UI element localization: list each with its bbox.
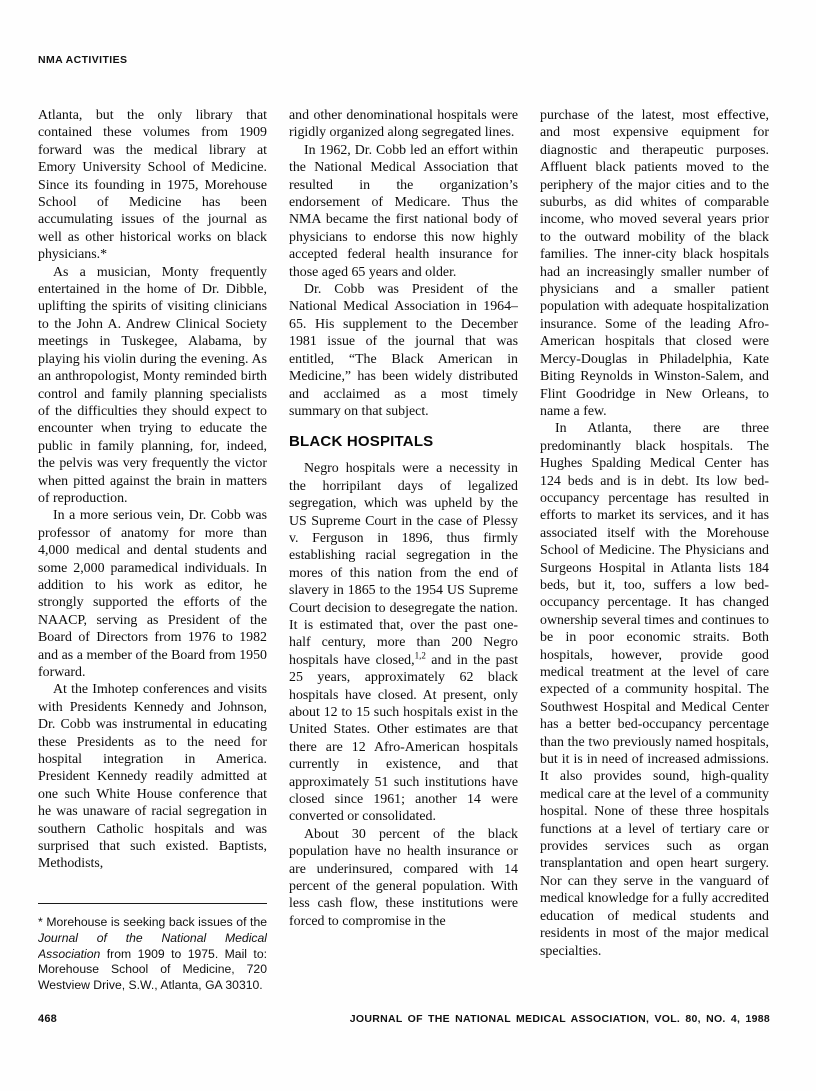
paragraph: In 1962, Dr. Cobb led an effort within t…: [289, 142, 518, 281]
footnote: * Morehouse is seeking back issues of th…: [38, 903, 267, 994]
column-1: Atlanta, but the only library that conta…: [38, 107, 267, 1000]
footnote-text-pre: * Morehouse is seeking back issues of th…: [38, 915, 267, 929]
paragraph-text-post: and in the past 25 years, approximately …: [289, 653, 518, 825]
section-heading-black-hospitals: BLACK HOSPITALS: [289, 433, 518, 450]
page-footer: 468 JOURNAL OF THE NATIONAL MEDICAL ASSO…: [38, 1013, 770, 1025]
paragraph: In a more serious vein, Dr. Cobb was pro…: [38, 507, 267, 681]
paragraph-text-pre: Negro hospitals were a necessity in the …: [289, 461, 518, 667]
footer-journal-line: JOURNAL OF THE NATIONAL MEDICAL ASSOCIAT…: [350, 1013, 770, 1025]
paragraph: About 30 percent of the black population…: [289, 826, 518, 930]
paragraph: As a musician, Monty frequently entertai…: [38, 264, 267, 508]
column-3: purchase of the latest, most effective, …: [540, 107, 769, 1000]
article-columns: Atlanta, but the only library that conta…: [38, 107, 770, 1000]
paragraph: and other denominational hospitals were …: [289, 107, 518, 142]
reference-superscript: 1,2: [415, 650, 426, 660]
column-2: and other denominational hospitals were …: [289, 107, 518, 1000]
running-head: NMA ACTIVITIES: [38, 54, 127, 66]
paragraph: Atlanta, but the only library that conta…: [38, 107, 267, 264]
paragraph: Negro hospitals were a necessity in the …: [289, 460, 518, 826]
paragraph: Dr. Cobb was President of the National M…: [289, 281, 518, 420]
page-number: 468: [38, 1013, 57, 1025]
paragraph: In Atlanta, there are three predominantl…: [540, 420, 769, 960]
paragraph: purchase of the latest, most effective, …: [540, 107, 769, 420]
journal-page: NMA ACTIVITIES Atlanta, but the only lib…: [0, 0, 816, 1091]
paragraph: At the Imhotep conferences and visits wi…: [38, 681, 267, 872]
